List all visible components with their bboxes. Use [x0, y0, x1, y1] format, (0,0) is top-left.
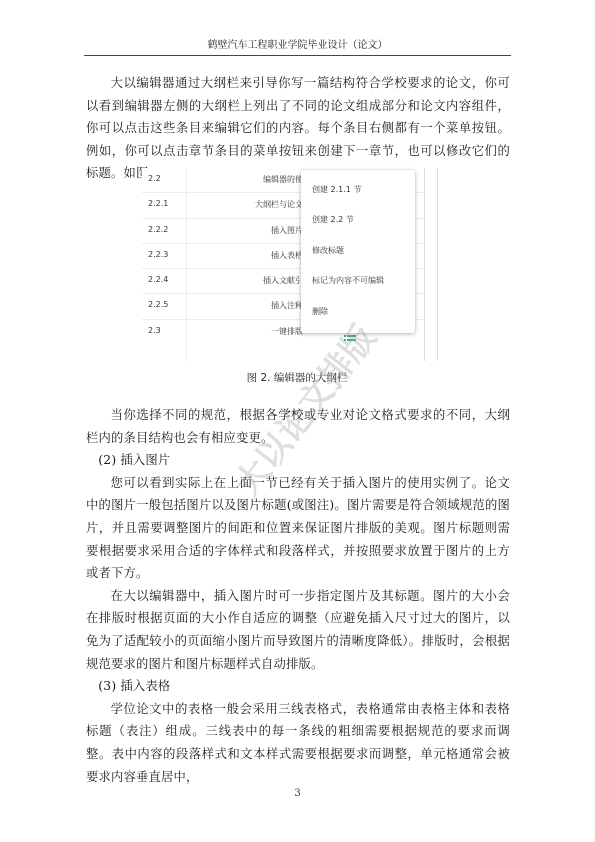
menu-item-delete[interactable]: 删除	[312, 306, 328, 317]
panel-border	[437, 168, 438, 361]
outline-row-number: 2.2.4	[148, 275, 168, 284]
outline-figure: 2.2 编辑器的使用 2.2.1 大纲栏与论文结构 2.2.2 插入图片 2.2…	[142, 168, 442, 361]
menu-item-create-section[interactable]: 创建 2.2 节	[312, 214, 354, 225]
panel-border	[424, 168, 425, 361]
subheading: (2) 插入图片	[86, 449, 510, 472]
header-rule	[84, 55, 511, 56]
outline-row-number: 2.2	[148, 174, 161, 183]
menu-item-rename[interactable]: 修改标题	[312, 245, 344, 256]
menu-item-create-subsection[interactable]: 创建 2.1.1 节	[312, 184, 361, 195]
outline-row-number: 2.2.2	[148, 225, 168, 234]
menu-item-lock-content[interactable]: 标记为内容不可编辑	[312, 275, 384, 286]
subheading: (3) 插入表格	[86, 675, 510, 698]
paragraph: 学位论文中的表格一般会采用三线表格式，表格通常由表格主体和表格标题（表注）组成。…	[86, 698, 510, 788]
page-number: 3	[0, 788, 595, 799]
column-divider	[186, 168, 187, 361]
outline-row-number: 2.2.3	[148, 250, 168, 259]
outline-row-number: 2.2.5	[148, 300, 168, 309]
paragraph: 在大以编辑器中，插入图片时可一步指定图片及其标题。图片的大小会在排版时根据页面的…	[86, 585, 510, 675]
body-paragraph-block: 当你选择不同的规范，根据各学校或专业对论文格式要求的不同，大纲栏内的条目结构也会…	[86, 404, 510, 788]
paragraph: 您可以看到实际上在上面一节已经有关于插入图片的使用实例了。论文中的图片一般包括图…	[86, 472, 510, 585]
outline-row-number: 2.2.1	[148, 199, 168, 208]
figure-caption: 图 2. 编辑器的大纲栏	[142, 370, 452, 385]
page-header: 鹤壁汽车工程职业学院毕业设计（论文）	[84, 40, 511, 52]
paragraph: 当你选择不同的规范，根据各学校或专业对论文格式要求的不同，大纲栏内的条目结构也会…	[86, 404, 510, 449]
context-menu: 创建 2.1.1 节 创建 2.2 节 修改标题 标记为内容不可编辑 删除	[301, 170, 415, 333]
outline-row-number: 2.3	[148, 326, 161, 335]
